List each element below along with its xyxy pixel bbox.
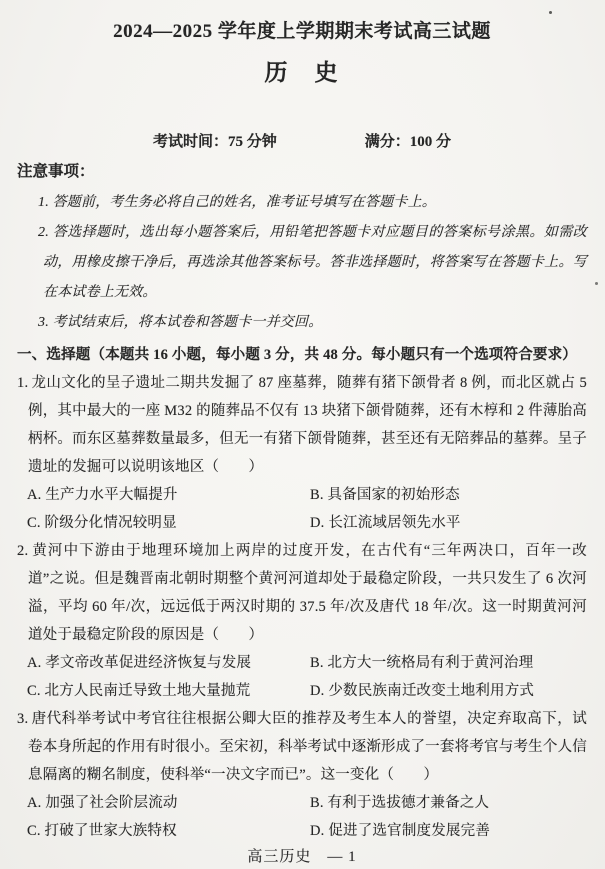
subject-title: 历 史 [17,57,587,88]
question-2-text: 黄河中下游由于地理环境加上两岸的过度开发，在古代有“三年两决口，百年一改道”之说… [28,543,587,643]
exam-paper-page: 2024—2025 学年度上学期期末考试高三试题 历 史 考试时间：75 分钟 … [0,0,605,869]
exam-time-label: 考试时间：75 分钟 [153,132,277,152]
page-title: 2024—2025 学年度上学期期末考试高三试题 [17,18,587,45]
question-2-number: 2. [17,543,28,559]
question-3-text: 唐代科举考试中考官往往根据公卿大臣的推荐及考生本人的誉望，决定弃取高下，试卷本身… [28,711,587,783]
question-3-option-a: A. 加强了社会阶层流动 [27,789,310,817]
question-1-option-d: D. 长江流域居领先水平 [310,509,587,537]
question-1-option-b: B. 具备国家的初始形态 [310,481,587,509]
question-1-option-c: C. 阶级分化情况较明显 [27,509,310,537]
exam-meta-row: 考试时间：75 分钟 满分：100 分 [17,132,587,152]
question-1-options: A. 生产力水平大幅提升 B. 具备国家的初始形态 C. 阶级分化情况较明显 D… [17,481,587,537]
question-3-option-d: D. 促进了选官制度发展完善 [310,817,587,845]
question-2: 2.黄河中下游由于地理环境加上两岸的过度开发，在古代有“三年两决口，百年一改道”… [17,537,587,705]
question-3-option-b: B. 有利于选拔德才兼备之人 [310,789,587,817]
question-3-options: A. 加强了社会阶层流动 B. 有利于选拔德才兼备之人 C. 打破了世家大族特权… [17,789,587,845]
notice-item-1: 1. 答题前，考生务必将自己的姓名，准考证号填写在答题卡上。 [17,188,587,218]
scan-speck-icon [595,282,598,285]
question-3-stem: 3.唐代科举考试中考官往往根据公卿大臣的推荐及考生本人的誉望，决定弃取高下，试卷… [17,705,587,789]
question-2-stem: 2.黄河中下游由于地理环境加上两岸的过度开发，在古代有“三年两决口，百年一改道”… [17,537,587,649]
question-1-number: 1. [17,375,28,391]
question-1: 1.龙山文化的呈子遗址二期共发掘了 87 座墓葬，随葬有猪下颌骨者 8 例，而北… [17,369,587,537]
question-2-option-b: B. 北方大一统格局有利于黄河治理 [310,649,587,677]
question-3-number: 3. [17,711,28,727]
question-1-stem: 1.龙山文化的呈子遗址二期共发掘了 87 座墓葬，随葬有猪下颌骨者 8 例，而北… [17,369,587,481]
question-3: 3.唐代科举考试中考官往往根据公卿大臣的推荐及考生本人的誉望，决定弃取高下，试卷… [17,705,587,845]
question-2-option-d: D. 少数民族南迁改变土地利用方式 [310,677,587,705]
full-score-label: 满分：100 分 [365,132,451,152]
page-content: 2024—2025 学年度上学期期末考试高三试题 历 史 考试时间：75 分钟 … [0,18,605,868]
notice-item-3: 3. 考试结束后，将本试卷和答题卡一并交回。 [17,308,587,338]
question-2-options: A. 孝文帝改革促进经济恢复与发展 B. 北方大一统格局有利于黄河治理 C. 北… [17,649,587,705]
scan-speck-icon [549,11,552,14]
question-2-option-c: C. 北方人民南迁导致土地大量抛荒 [27,677,310,705]
question-1-text: 龙山文化的呈子遗址二期共发掘了 87 座墓葬，随葬有猪下颌骨者 8 例，而北区就… [28,375,587,475]
page-footer: 高三历史 — 1 [17,847,587,868]
notices-header: 注意事项： [17,162,587,182]
section-header: 一、选择题（本题共 16 小题，每小题 3 分，共 48 分。每小题只有一个选项… [17,341,587,369]
question-1-option-a: A. 生产力水平大幅提升 [27,481,310,509]
notice-item-2: 2. 答选择题时，选出每小题答案后，用铅笔把答题卡对应题目的答案标号涂黑。如需改… [17,218,587,308]
question-3-option-c: C. 打破了世家大族特权 [27,817,310,845]
question-2-option-a: A. 孝文帝改革促进经济恢复与发展 [27,649,310,677]
